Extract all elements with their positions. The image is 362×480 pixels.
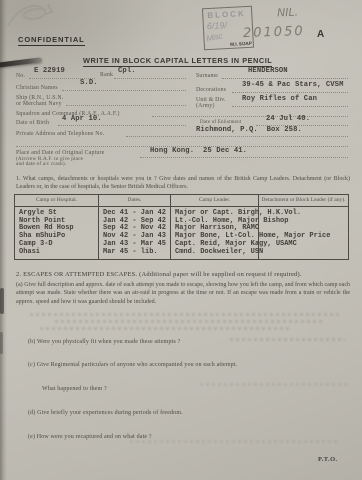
field-no-label: No. <box>16 73 25 79</box>
handwritten-file-number: 201050 <box>243 24 305 41</box>
field-dob-value: 4 Apr 10. <box>62 115 102 123</box>
question-e: (e) How were you recaptured and on what … <box>28 434 152 440</box>
edge-mark <box>0 288 4 314</box>
question-c2: What happened to them ? <box>42 386 107 392</box>
dotted-line <box>114 78 186 79</box>
section2-paragraph-a: (a) Give full description and approx. da… <box>16 281 350 306</box>
field-capture-value: Hong Kong. 25 Dec 41. <box>150 147 247 155</box>
confidential-marking: CONFIDENTIAL <box>18 35 85 46</box>
dotted-line <box>232 106 348 107</box>
page-edge-shadow <box>0 0 7 480</box>
dotted-line <box>232 92 348 93</box>
cell-camp: Ohasi <box>15 249 99 260</box>
field-decorations-value: 39-45 & Pac Stars, CVSM <box>242 81 344 89</box>
handwritten-file-letter: A <box>317 29 324 40</box>
bleedthrough-text <box>55 320 325 323</box>
bleedthrough-text <box>230 338 345 341</box>
cell-detachment <box>259 249 349 260</box>
bleedthrough-text <box>200 383 350 386</box>
bleedthrough-text <box>30 313 340 316</box>
field-ship-label2: or Merchant Navy <box>16 101 62 107</box>
stamp-text: 6/19/ <box>207 20 228 31</box>
dotted-line <box>140 157 348 158</box>
field-decorations-label: Decorations <box>196 87 226 93</box>
table-row: Ohasi Mar 45 - lib. Cmnd. Dockweiler, US… <box>15 249 349 260</box>
cell-camp: Argyle St <box>15 206 99 217</box>
field-rank-label: Rank <box>100 72 113 78</box>
col-header-camp: Camp or Hospital. <box>15 195 99 207</box>
question-c: (c) Give Regimental particulars of anyon… <box>28 362 237 368</box>
bleedthrough-text <box>40 327 290 330</box>
field-address-value: Richmond, P.Q. Box 258. <box>196 126 302 134</box>
question-b: (b) Were you physically fit when you mad… <box>28 339 180 345</box>
field-dob-label: Date of Birth <box>16 120 49 126</box>
question-d: (d) Give briefly your experiences during… <box>28 410 183 416</box>
field-christian-names-label: Christian Names <box>16 85 58 91</box>
pto-marking: P.T.O. <box>318 456 338 463</box>
pencil-scribble <box>2 0 82 36</box>
dotted-line <box>58 125 186 126</box>
field-unit-value: Roy Rifles of Can <box>242 95 317 103</box>
camp-table-header-row: Camp or Hospital. Dates. Camp Leader. De… <box>15 195 349 207</box>
field-enlistment-value: 24 Jul 40. <box>266 115 310 123</box>
field-enlistment-label: Date of Enlistment <box>200 120 241 125</box>
table-row: Argyle St Dec 41 - Jan 42 Major or Capt.… <box>15 206 349 217</box>
field-surname-value: HENDERSON <box>248 67 288 75</box>
col-header-leader: Camp Leader. <box>171 195 259 207</box>
cell-leader: Cmnd. Dockweiler, USN <box>171 249 259 260</box>
stamp-reference: M.I. 9/JAP <box>230 41 252 47</box>
cell-dates: Mar 45 - lib. <box>99 249 171 260</box>
cell-leader: Major or Capt. Birgh, H.K.Vol. <box>171 206 259 217</box>
bleedthrough-text <box>130 440 340 443</box>
stamp-text: Misc <box>206 31 224 43</box>
cell-dates: Dec 41 - Jan 42 <box>99 206 171 217</box>
camp-table: Camp or Hospital. Dates. Camp Leader. De… <box>14 194 349 260</box>
dotted-line <box>62 90 186 91</box>
col-header-dates: Dates. <box>99 195 171 207</box>
dotted-line <box>126 136 348 137</box>
form-instruction-heading: WRITE IN BLOCK CAPITAL LETTERS IN PENCIL <box>83 56 272 67</box>
handwritten-nil: NIL. <box>277 5 299 19</box>
edge-mark <box>0 332 3 354</box>
stamp-text: BLOCK <box>207 9 246 20</box>
field-unit-label2: (Army) <box>196 103 215 109</box>
field-no-value: E 22919 <box>34 67 65 75</box>
field-capture-label3: and date of a/c crash). <box>16 161 66 167</box>
dotted-line <box>222 78 348 79</box>
field-address-label: Private Address and Telephone No. <box>16 131 104 137</box>
field-rank-value: Cpl. <box>118 67 136 75</box>
section2-title: 2. ESCAPES OR ATTEMPTED ESCAPES. (Additi… <box>16 271 302 278</box>
col-header-detachment: Detachment or Block Leader (if any). <box>259 195 349 207</box>
field-christian-names-value: S.D. <box>80 79 98 87</box>
field-surname-label: Surname <box>196 73 218 79</box>
dotted-line <box>152 116 348 117</box>
question-1: 1. What camps, detachments or hospitals … <box>16 175 350 192</box>
questionnaire-page: BLOCK 6/19/ Misc M.I. 9/JAP NIL. 201050 … <box>0 0 362 480</box>
dotted-line <box>66 105 186 106</box>
